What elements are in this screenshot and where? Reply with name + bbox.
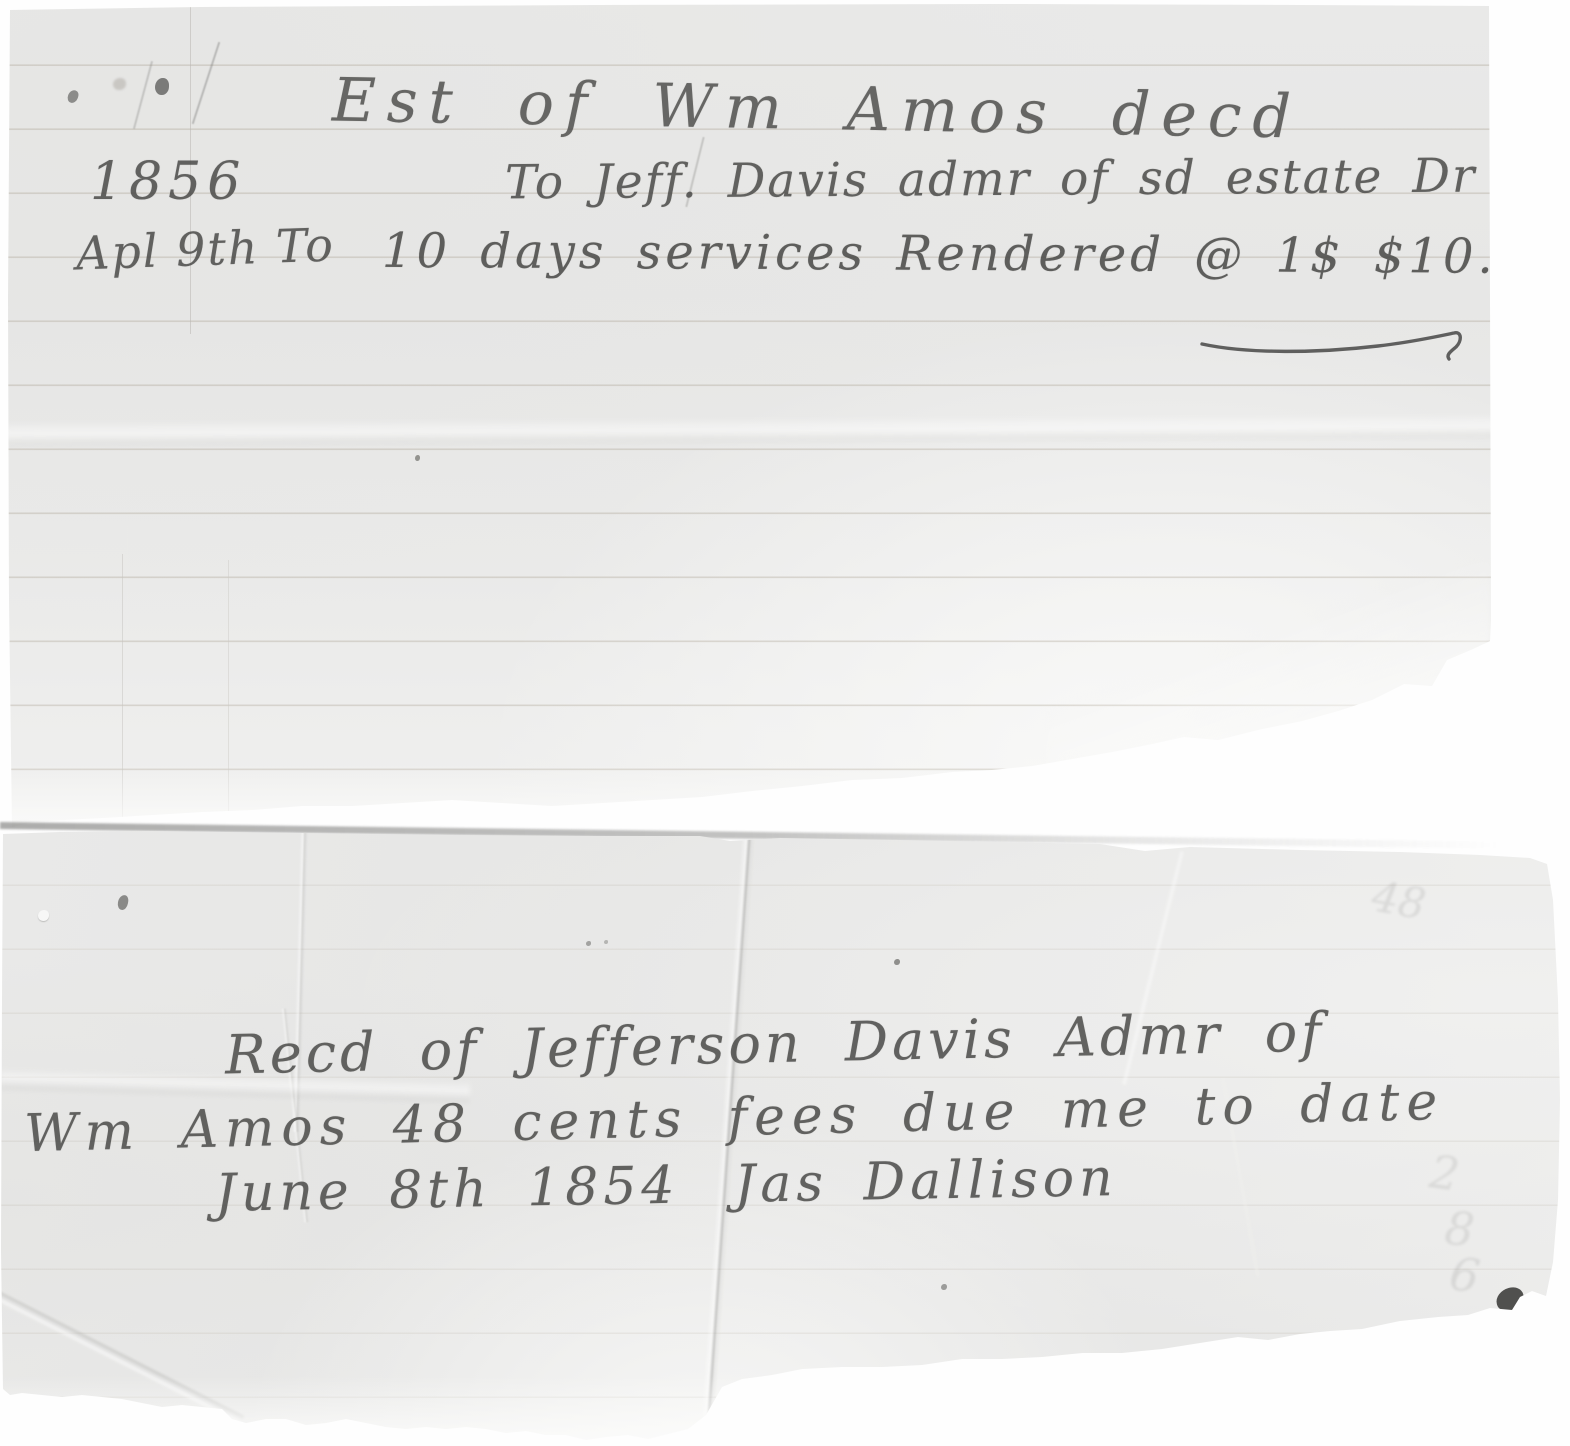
- ink-speck: [586, 941, 591, 946]
- torn-edge-highlight: [0, 1376, 1566, 1446]
- year-label: 1856: [90, 152, 246, 212]
- pencil-stroke: [133, 61, 153, 129]
- service-charge-line: 10 days services Rendered @ 1$ $10.00: [382, 223, 1566, 285]
- receipt-bottom-fragment: 48 2 8 6 Recd of Jefferson Davis Admr of…: [0, 828, 1566, 1446]
- receipt-line-3: June 8th 1854Jas Dallison: [215, 1148, 1119, 1224]
- signature: Jas Dallison: [734, 1148, 1118, 1215]
- estate-title-line: Est of Wm Amos decd: [331, 66, 1302, 153]
- ink-flourish-underline: [1198, 320, 1470, 368]
- ink-speck: [941, 1284, 947, 1290]
- pencil-stroke: [192, 42, 220, 124]
- scanned-document-canvas: Est of Wm Amos decd 1856 To Jeff. Davis …: [0, 0, 1570, 1446]
- bleed-through-mark: 48: [1368, 872, 1429, 930]
- pin-hole: [38, 910, 49, 921]
- crease-vertical-lower-2: [228, 560, 229, 822]
- crease-left-vertical: [292, 832, 308, 1132]
- torn-edge-highlight-right: [1046, 560, 1490, 765]
- crease-vertical-lower-1: [122, 554, 123, 826]
- date-column-label: Apl 9th To: [75, 218, 336, 281]
- smudge-spot: [113, 78, 126, 90]
- debit-entry-line: To Jeff. Davis admr of sd estate Dr: [505, 149, 1477, 211]
- ink-speck: [604, 940, 608, 944]
- ink-speck: [415, 455, 420, 461]
- ink-speck: [894, 959, 900, 965]
- bleed-through-mark: 6: [1446, 1246, 1483, 1304]
- torn-edge-highlight: [6, 764, 1494, 834]
- ink-spot: [117, 894, 129, 911]
- ink-blot: [1494, 1285, 1527, 1313]
- crease-horizontal-band: [6, 414, 1494, 448]
- bleed-through-mark: 2: [1426, 1144, 1463, 1202]
- ink-spot: [66, 89, 80, 105]
- receipt-date: June 8th 1854: [215, 1156, 680, 1224]
- ink-spot: [155, 78, 169, 95]
- crease-bottom-left-diagonal: [0, 1287, 244, 1426]
- bleed-through-mark: 8: [1442, 1201, 1477, 1258]
- receipt-line-1: Recd of Jefferson Davis Admr of: [224, 1000, 1325, 1086]
- receipt-top-fragment: Est of Wm Amos decd 1856 To Jeff. Davis …: [6, 4, 1494, 834]
